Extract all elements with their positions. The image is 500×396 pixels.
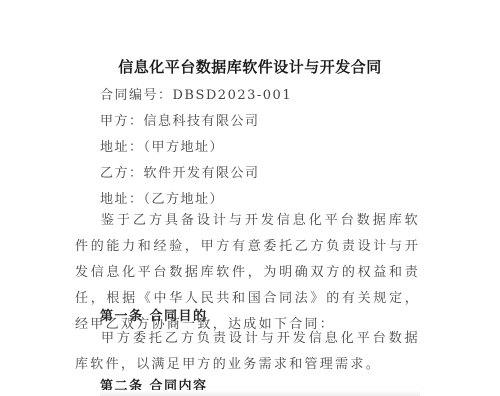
party-b: 乙方：软件开发有限公司 — [100, 162, 260, 181]
article-1-heading: 第一条 合同目的 — [100, 305, 208, 324]
party-a: 甲方：信息科技有限公司 — [100, 110, 260, 129]
contract-title: 信息化平台数据库软件设计与开发合同 — [0, 56, 500, 77]
article-1-body: 甲方委托乙方负责设计与开发信息化平台数据库软件，以满足甲方的业务需求和管理需求。 — [75, 326, 420, 378]
cut-off-text-line — [100, 390, 420, 396]
document-page: 信息化平台数据库软件设计与开发合同 合同编号：DBSD2023-001 甲方：信… — [0, 0, 500, 396]
party-a-address: 地址：（甲方地址） — [100, 136, 224, 155]
contract-number: 合同编号：DBSD2023-001 — [100, 84, 292, 103]
party-b-address: 地址：（乙方地址） — [100, 188, 224, 207]
